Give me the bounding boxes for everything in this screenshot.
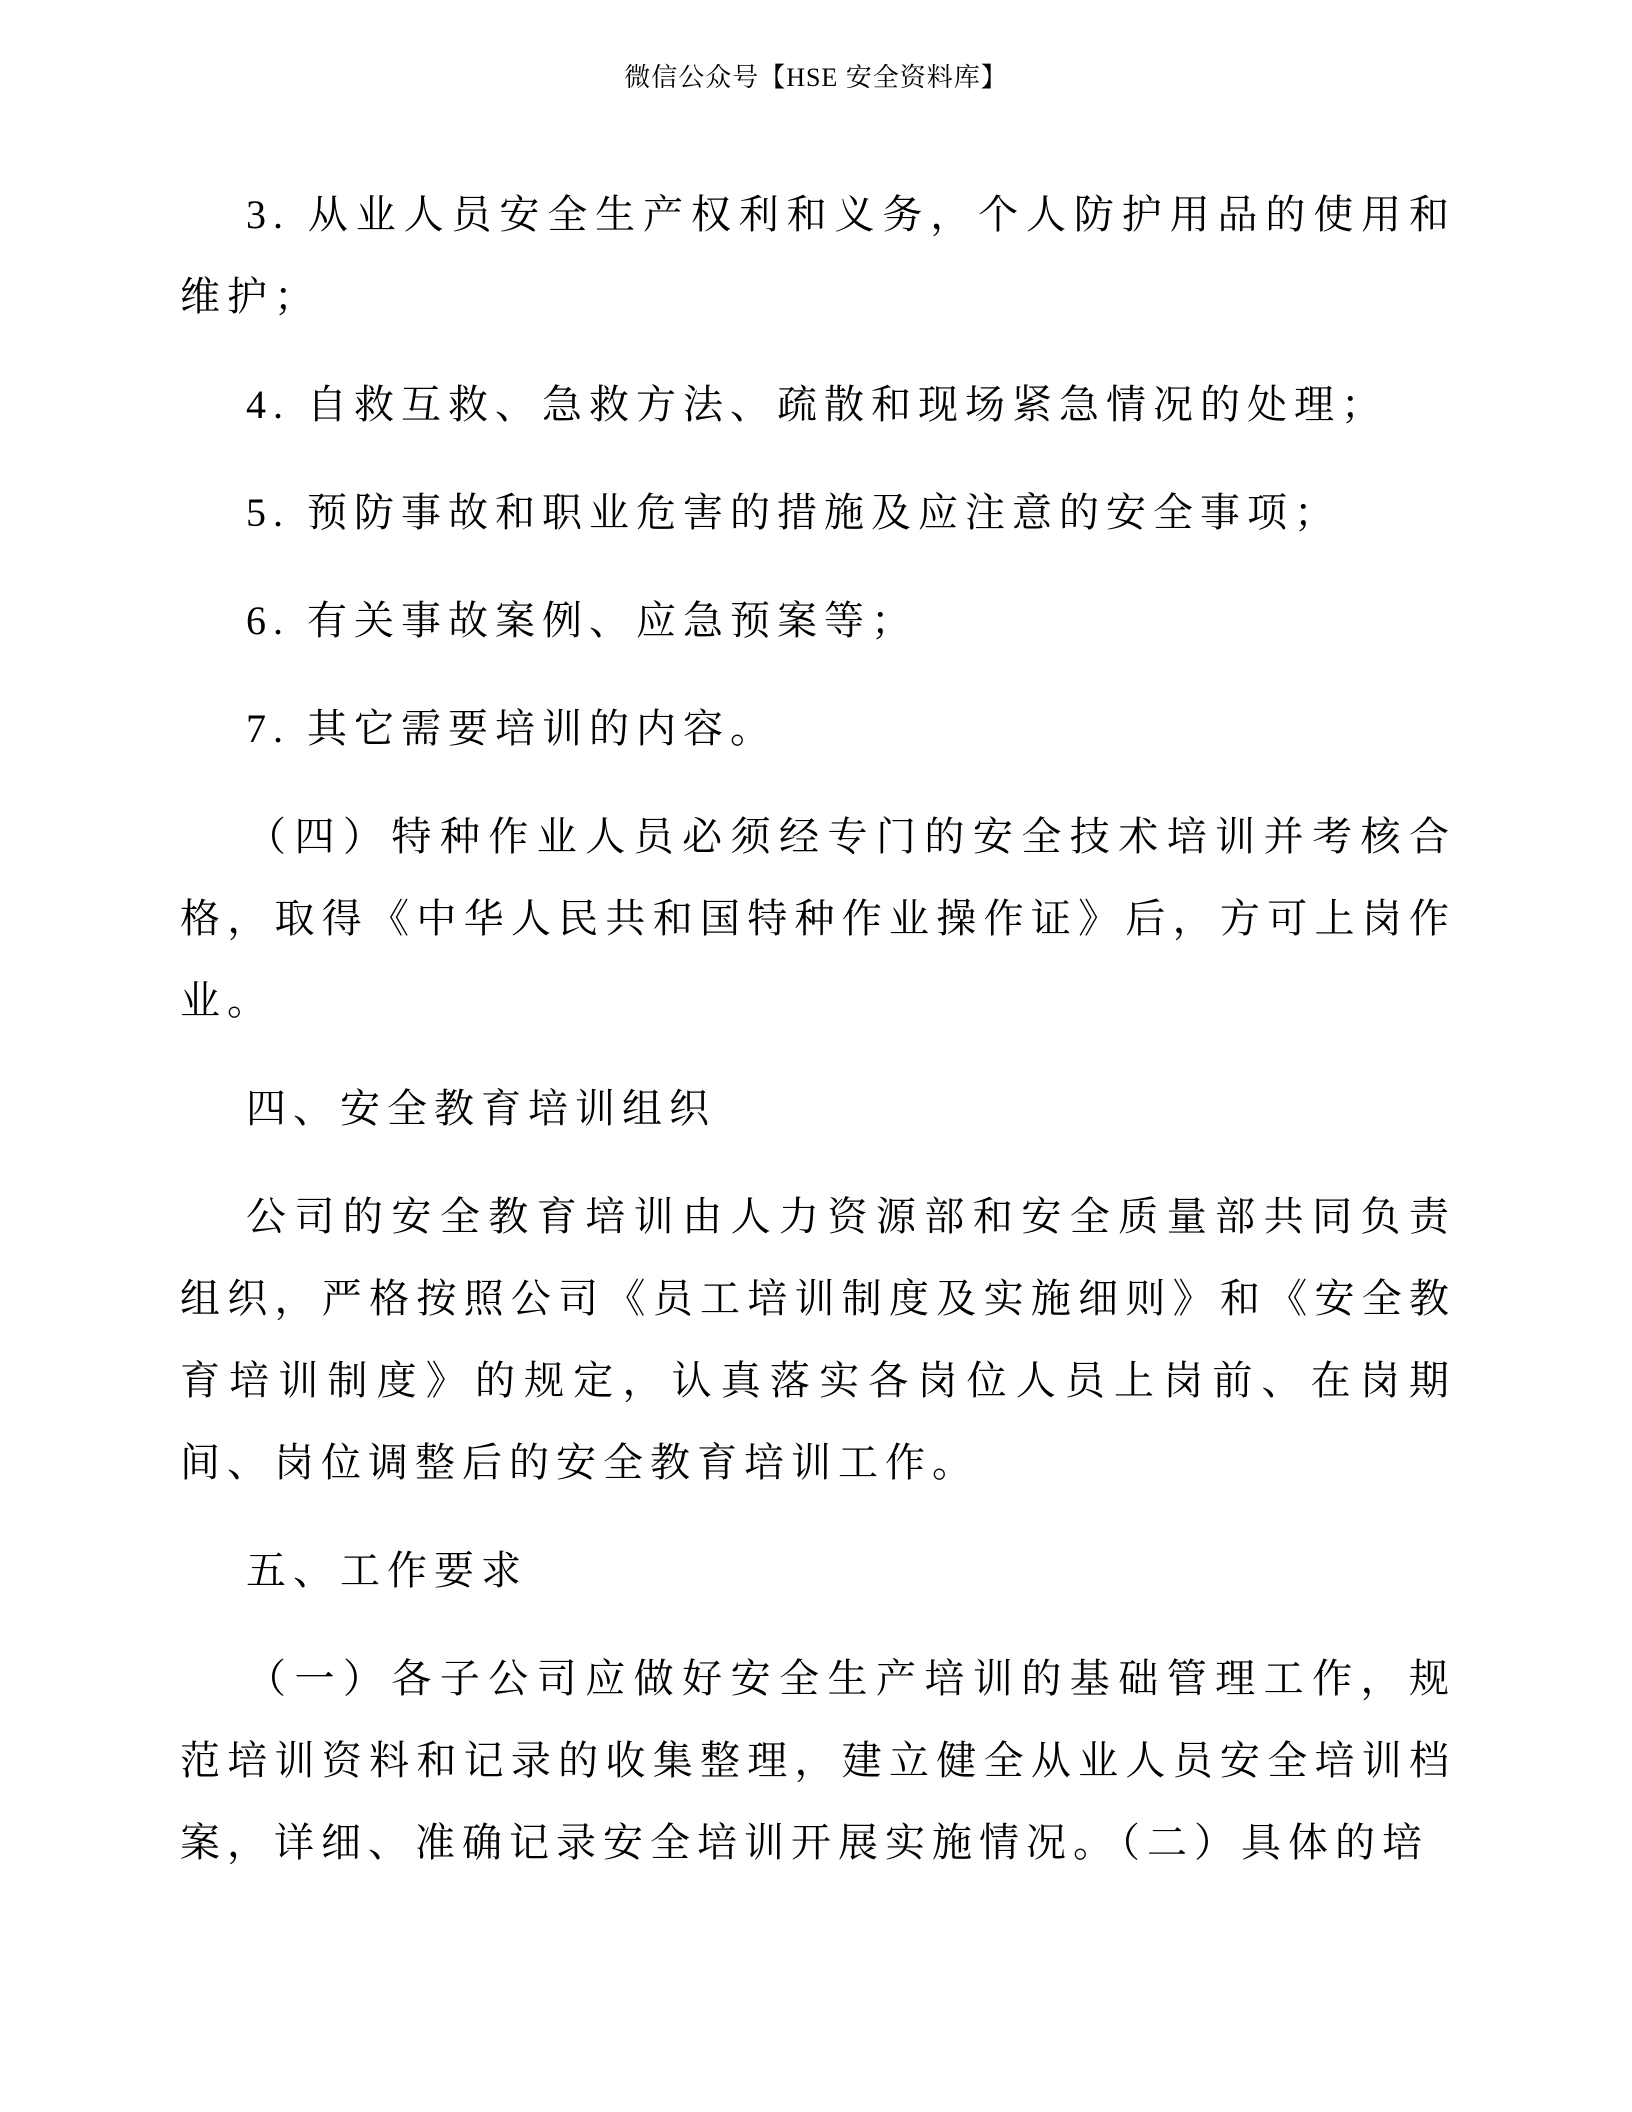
paragraph-item-5: 5. 预防事故和职业危害的措施及应注意的安全事项； xyxy=(180,472,1456,554)
paragraph-item-3: 3. 从业人员安全生产权利和义务，个人防护用品的使用和维护； xyxy=(180,174,1456,338)
document-page: 微信公众号【HSE 安全资料库】 3. 从业人员安全生产权利和义务，个人防护用品… xyxy=(0,0,1632,2112)
paragraph-work-requirements: （一）各子公司应做好安全生产培训的基础管理工作，规范培训资料和记录的收集整理，建… xyxy=(180,1638,1456,1884)
heading-section-four: 四、安全教育培训组织 xyxy=(180,1068,1456,1150)
paragraph-item-4: 4. 自救互救、急救方法、疏散和现场紧急情况的处理； xyxy=(180,364,1456,446)
document-body: 3. 从业人员安全生产权利和义务，个人防护用品的使用和维护； 4. 自救互救、急… xyxy=(180,174,1456,1884)
heading-section-five: 五、工作要求 xyxy=(180,1530,1456,1612)
paragraph-item-7: 7. 其它需要培训的内容。 xyxy=(180,688,1456,770)
paragraph-item-6: 6. 有关事故案例、应急预案等； xyxy=(180,580,1456,662)
paragraph-section-four-special-ops: （四）特种作业人员必须经专门的安全技术培训并考核合格，取得《中华人民共和国特种作… xyxy=(180,796,1456,1042)
paragraph-training-organization: 公司的安全教育培训由人力资源部和安全质量部共同负责组织，严格按照公司《员工培训制… xyxy=(180,1176,1456,1504)
page-header-watermark: 微信公众号【HSE 安全资料库】 xyxy=(0,0,1632,94)
